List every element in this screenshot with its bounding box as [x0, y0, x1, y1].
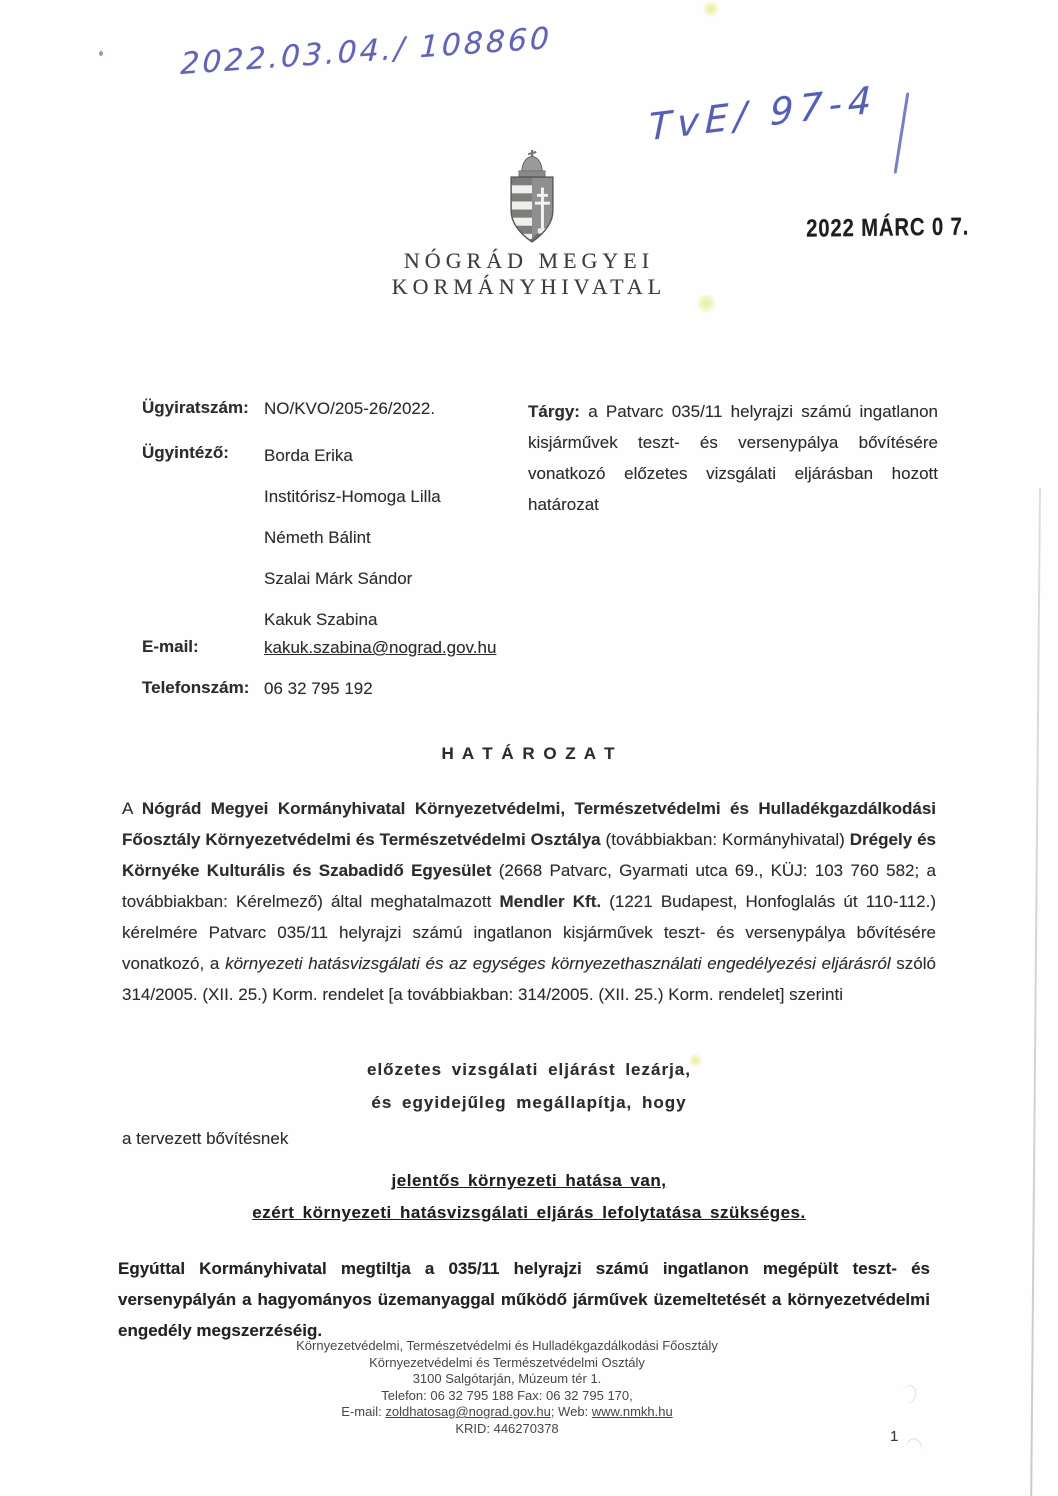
case-number-value: NO/KVO/205-26/2022.: [264, 399, 435, 419]
decision-heading: H A T Á R O Z A T: [122, 744, 936, 764]
org-name-line2: KORMÁNYHIVATAL: [229, 274, 829, 300]
officer-name: Németh Bálint: [264, 528, 371, 548]
scanned-document-page: 2022.03.04./ 108860 TvE/ 97-4 2022 MÁRC …: [0, 0, 1058, 1496]
hungarian-coat-of-arms-icon: [509, 150, 555, 244]
handwritten-file-reference: TvE/ 97-4: [648, 78, 877, 149]
subject-paragraph: Tárgy: a Patvarc 035/11 helyrajzi számú …: [528, 396, 938, 520]
footer-web-separator: ; Web:: [551, 1404, 592, 1419]
verdict-line-1: jelentős környezeti hatása van,: [122, 1171, 936, 1191]
footer-block: Környezetvédelmi, Természetvédelmi és Hu…: [207, 1338, 807, 1437]
pencil-smudge-artifact: [905, 1436, 925, 1456]
run-italic-regulation: környezeti hatásvizsgálati és az egysége…: [225, 954, 891, 973]
officer-name: Borda Erika: [264, 446, 353, 466]
footer-division-line: Környezetvédelmi és Természetvédelmi Osz…: [207, 1355, 807, 1372]
closing-line-1: előzetes vizsgálati eljárást lezárja,: [122, 1060, 936, 1080]
officer-label: Ügyintéző:: [142, 443, 229, 463]
prohibition-paragraph: Egyúttal Kormányhivatal megtiltja a 035/…: [118, 1253, 930, 1346]
officer-name: Kakuk Szabina: [264, 610, 377, 630]
received-date-stamp: 2022 MÁRC 0 7.: [806, 212, 969, 243]
phone-number: 06 32 795 192: [264, 679, 373, 699]
yellow-speck-artifact: [703, 1, 719, 17]
handwritten-date-note: 2022.03.04./ 108860: [180, 21, 553, 82]
email-address: kakuk.szabina@nograd.gov.hu: [264, 638, 496, 658]
decision-paragraph-1: A Nógrád Megyei Kormányhivatal Környezet…: [122, 793, 936, 1010]
footer-contact-line: E-mail: zoldhatosag@nograd.gov.hu; Web: …: [207, 1404, 807, 1421]
org-name-line1: NÓGRÁD MEGYEI: [229, 248, 829, 274]
scan-edge-line-artifact: [1030, 488, 1040, 1496]
handwritten-stroke: [894, 92, 910, 173]
page-number: 1: [890, 1428, 898, 1445]
footer-department-line: Környezetvédelmi, Természetvédelmi és Hu…: [207, 1338, 807, 1355]
footer-phone-line: Telefon: 06 32 795 188 Fax: 06 32 795 17…: [207, 1388, 807, 1405]
pencil-smudge-artifact: [898, 1383, 919, 1406]
verdict-line-2: ezért környezeti hatásvizsgálati eljárás…: [122, 1203, 936, 1223]
run-bold-company: Mendler Kft.: [499, 892, 601, 911]
footer-email-link: zoldhatosag@nograd.gov.hu: [385, 1404, 550, 1419]
closing-line-2: és egyidejűleg megállapítja, hogy: [122, 1093, 936, 1113]
ink-dot-artifact: [99, 51, 103, 56]
case-number-label: Ügyiratszám:: [142, 398, 249, 418]
subject-text: a Patvarc 035/11 helyrajzi számú ingatla…: [528, 402, 938, 514]
officer-name: Szalai Márk Sándor: [264, 569, 412, 589]
footer-email-prefix: E-mail:: [341, 1404, 385, 1419]
officer-name: Institórisz-Homoga Lilla: [264, 487, 441, 507]
footer-address-line: 3100 Salgótarján, Múzeum tér 1.: [207, 1371, 807, 1388]
run-plain: (továbbiakban: Kormányhivatal): [601, 830, 850, 849]
run-plain: A: [122, 799, 142, 818]
email-label: E-mail:: [142, 637, 199, 657]
phone-label: Telefonszám:: [142, 678, 249, 698]
subject-label: Tárgy:: [528, 402, 580, 421]
footer-web-link: www.nmkh.hu: [592, 1404, 673, 1419]
lead-in-text: a tervezett bővítésnek: [122, 1129, 288, 1149]
footer-krid-line: KRID: 446270378: [207, 1421, 807, 1438]
